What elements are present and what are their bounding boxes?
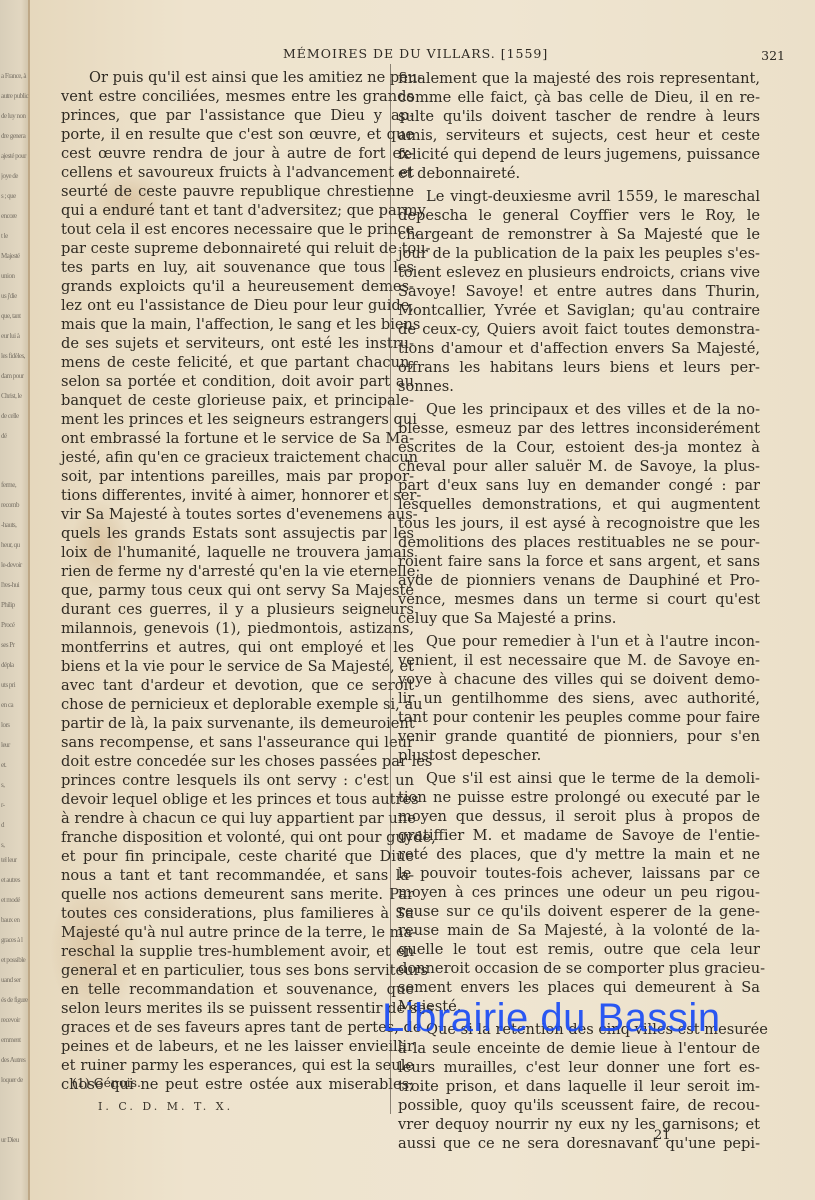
text-line: franche disposition et volonté, qui ont … bbox=[61, 828, 414, 847]
text-line: reuse sur ce qu'ils doivent esperer de l… bbox=[398, 902, 760, 921]
text-line: roient faire sans la force et sans argen… bbox=[398, 552, 760, 571]
text-line: finalement que la majesté des rois repre… bbox=[398, 69, 760, 88]
text-line: ayde de pionniers venans de Dauphiné et … bbox=[398, 571, 760, 590]
text-line: tous les jours, il est aysé à recognoist… bbox=[398, 514, 760, 533]
text-line: toutes ces considerations, plus familier… bbox=[61, 904, 414, 923]
left-text-column: Or puis qu'il est ainsi que les amitiez … bbox=[61, 68, 414, 1094]
text-line: à la seule enceinte de demie lieue à l'e… bbox=[398, 1039, 760, 1058]
text-line: et debonnaireté. bbox=[398, 164, 760, 183]
previous-page-text-fragment: a France, àautre publicde luy nondre gen… bbox=[1, 66, 29, 446]
paragraph: Que pour remedier à l'un et à l'autre in… bbox=[398, 632, 760, 765]
text-line: princes, que par l'assistance que Dieu y… bbox=[61, 106, 414, 125]
paragraph: Que les principaux et des villes et de l… bbox=[398, 400, 760, 628]
right-text-column: finalement que la majesté des rois repre… bbox=[398, 69, 760, 1153]
text-line: lez ont eu l'assistance de Dieu pour leu… bbox=[61, 296, 414, 315]
text-line: tant pour contenir les peuples comme pou… bbox=[398, 708, 760, 727]
text-line: general et en particulier, tous ses bons… bbox=[61, 961, 414, 980]
text-line: Le vingt-deuxiesme avril 1559, le maresc… bbox=[398, 187, 760, 206]
text-line: en telle recommandation et souvenance, q… bbox=[61, 980, 414, 999]
text-line: blesse, esmeuz par des lettres inconside… bbox=[398, 419, 760, 438]
footnote: (1) Génois. bbox=[72, 1075, 141, 1090]
text-line: Que les principaux et des villes et de l… bbox=[398, 400, 760, 419]
text-line: possible, quoy qu'ils sceussent faire, d… bbox=[398, 1096, 760, 1115]
text-line: quels les grands Estats sont assujectis … bbox=[61, 524, 414, 543]
text-line: porte, il en resulte que c'est son œuvre… bbox=[61, 125, 414, 144]
text-line: donneroit occasion de se comporter plus … bbox=[398, 959, 760, 978]
text-line: troite prison, et dans laquelle il leur … bbox=[398, 1077, 760, 1096]
text-line: quelle le tout est remis, outre que cela… bbox=[398, 940, 760, 959]
text-line: doit estre concedée sur les choses passé… bbox=[61, 752, 414, 771]
text-line: vrer dequoy nourrir ny eux ny les garnis… bbox=[398, 1115, 760, 1134]
text-line: leurs murailles, c'est leur donner une f… bbox=[398, 1058, 760, 1077]
text-line: banquet de ceste glorieuse paix, et prin… bbox=[61, 391, 414, 410]
text-line: jesté, afin qu'en ce gracieux traictemen… bbox=[61, 448, 414, 467]
text-line: venient, il est necessaire que M. de Sav… bbox=[398, 651, 760, 670]
text-line: felicité qui depend de leurs jugemens, p… bbox=[398, 145, 760, 164]
text-line: de ceux-cy, Quiers avoit faict toutes de… bbox=[398, 320, 760, 339]
previous-page-edge: a France, àautre publicde luy nondre gen… bbox=[0, 0, 30, 1200]
text-line: qui a enduré tant et tant d'adversitez; … bbox=[61, 201, 414, 220]
text-line: montferrins et autres, qui ont employé e… bbox=[61, 638, 414, 657]
text-line: cheval pour aller saluër M. de Savoye, l… bbox=[398, 457, 760, 476]
text-line: sulte qu'ils doivent tascher de rendre à… bbox=[398, 107, 760, 126]
text-line: moyen que dessus, il seroit plus à propo… bbox=[398, 807, 760, 826]
text-line: quelle nos actions demeurent sans merite… bbox=[61, 885, 414, 904]
paragraph: Que s'il est ainsi que le terme de la de… bbox=[398, 769, 760, 1016]
text-line: lir un gentilhomme des siens, avec autho… bbox=[398, 689, 760, 708]
sheet-signature-number: 21 bbox=[654, 1128, 671, 1143]
text-line: avec tant d'ardeur et devotion, que ce s… bbox=[61, 676, 414, 695]
text-line: biens et la vie pour le service de Sa Ma… bbox=[61, 657, 414, 676]
text-line: selon sa portée et condition, doit avoir… bbox=[61, 372, 414, 391]
text-line: que, parmy tous ceux qui ont servy Sa Ma… bbox=[61, 581, 414, 600]
text-line: voye à chacune des villes qui se doivent… bbox=[398, 670, 760, 689]
text-line: tout cela il est encores necessaire que … bbox=[61, 220, 414, 239]
text-line: demolitions des places restituables ne s… bbox=[398, 533, 760, 552]
text-line: chargeant de remonstrer à Sa Majesté que… bbox=[398, 225, 760, 244]
previous-page-text-fragment: ferme,recomb-hauts,heur, qule-devoirl're… bbox=[1, 475, 29, 855]
printer-signature-mark: I. C. D. M. T. X. bbox=[98, 1100, 233, 1113]
text-line: graces et de ses faveurs apres tant de p… bbox=[61, 1018, 414, 1037]
text-line: durant ces guerres, il y a plusieurs sei… bbox=[61, 600, 414, 619]
text-line: partir de là, la paix survenante, ils de… bbox=[61, 714, 414, 733]
text-line: le pouvoir toutes-fois achever, laissans… bbox=[398, 864, 760, 883]
text-line: tions differentes, invité à aimer, honno… bbox=[61, 486, 414, 505]
text-line: sans recompense, et sans l'asseurance qu… bbox=[61, 733, 414, 752]
text-line: toient eslevez en plusieurs endroicts, c… bbox=[398, 263, 760, 282]
text-line: tions d'amour et d'affection envers Sa M… bbox=[398, 339, 760, 358]
text-line: plustost depescher. bbox=[398, 746, 760, 765]
text-line: tion ne puisse estre prolongé ou executé… bbox=[398, 788, 760, 807]
text-line: mais que la main, l'affection, le sang e… bbox=[61, 315, 414, 334]
text-line: loix de l'humanité, laquelle ne trouvera… bbox=[61, 543, 414, 562]
text-line: à rendre à chacun ce qui luy appartient … bbox=[61, 809, 414, 828]
text-line: celuy que Sa Majesté a prins. bbox=[398, 609, 760, 628]
previous-page-text-fragment: tel leuret autreset modébaux engraces à … bbox=[1, 850, 29, 1150]
text-line: offrans les habitans leurs biens et leur… bbox=[398, 358, 760, 377]
text-line: Or puis qu'il est ainsi que les amitiez … bbox=[61, 68, 414, 87]
column-divider bbox=[390, 64, 391, 1114]
text-line: nous a tant et tant recommandée, et sans… bbox=[61, 866, 414, 885]
bookseller-watermark: Librairie du Bassin bbox=[382, 996, 721, 1041]
text-line: selon leurs merites ils se puissent ress… bbox=[61, 999, 414, 1018]
page-number: 321 bbox=[761, 48, 785, 63]
text-line: jour de la publication de la paix les pe… bbox=[398, 244, 760, 263]
text-line: amis, serviteurs et sujects, cest heur e… bbox=[398, 126, 760, 145]
text-line: escrites de la Cour, estoient des-ja mon… bbox=[398, 438, 760, 457]
text-line: et ruiner parmy les esperances, qui est … bbox=[61, 1056, 414, 1075]
text-line: soit, par intentions pareilles, mais par… bbox=[61, 467, 414, 486]
paragraph: Or puis qu'il est ainsi que les amitiez … bbox=[61, 68, 414, 1094]
text-line: cellens et savoureux fruicts à l'advance… bbox=[61, 163, 414, 182]
text-line: depescha le general Coyffier vers le Roy… bbox=[398, 206, 760, 225]
text-line: devoir lequel oblige et les princes et t… bbox=[61, 790, 414, 809]
text-line: reuse main de Sa Majesté, à la volonté d… bbox=[398, 921, 760, 940]
text-line: venir grande quantité de pionniers, pour… bbox=[398, 727, 760, 746]
text-line: ment les princes et les seigneurs estran… bbox=[61, 410, 414, 429]
text-line: et pour fin principale, ceste charité qu… bbox=[61, 847, 414, 866]
text-line: princes contre lesquels ils ont servy : … bbox=[61, 771, 414, 790]
text-line: aussi que ce ne sera doresnavant qu'une … bbox=[398, 1134, 760, 1153]
text-line: par ceste supreme debonnaireté qui relui… bbox=[61, 239, 414, 258]
text-line: tes parts en luy, ait souvenance que tou… bbox=[61, 258, 414, 277]
text-line: cest œuvre rendra de jour à autre de for… bbox=[61, 144, 414, 163]
text-line: sonnes. bbox=[398, 377, 760, 396]
text-line: mens de ceste felicité, et que partant c… bbox=[61, 353, 414, 372]
text-line: vent estre conciliées, mesmes entre les … bbox=[61, 87, 414, 106]
text-line: part d'eux sans luy en demander congé : … bbox=[398, 476, 760, 495]
text-line: moyen à ces princes une odeur un peu rig… bbox=[398, 883, 760, 902]
text-line: Majesté qu'à nul autre prince de la terr… bbox=[61, 923, 414, 942]
text-line: de ses sujets et serviteurs, ont esté le… bbox=[61, 334, 414, 353]
text-line: Savoye! Savoye! et entre autres dans Thu… bbox=[398, 282, 760, 301]
text-line: peines et de labeurs, et ne les laisser … bbox=[61, 1037, 414, 1056]
text-line: Montcallier, Yvrée et Saviglan; qu'au co… bbox=[398, 301, 760, 320]
paragraph: finalement que la majesté des rois repre… bbox=[398, 69, 760, 183]
text-line: ont embrassé la fortune et le service de… bbox=[61, 429, 414, 448]
text-line: chose de pernicieux et deplorable exempl… bbox=[61, 695, 414, 714]
text-line: vir Sa Majesté à toutes sortes d'eveneme… bbox=[61, 505, 414, 524]
text-line: grands exploicts qu'il a heureusement de… bbox=[61, 277, 414, 296]
text-line: comme elle faict, çà bas celle de Dieu, … bbox=[398, 88, 760, 107]
text-line: Que pour remedier à l'un et à l'autre in… bbox=[398, 632, 760, 651]
text-line: rien de ferme ny d'arresté qu'en la vie … bbox=[61, 562, 414, 581]
running-head-title: MÉMOIRES DE DU VILLARS. [1559] bbox=[283, 46, 548, 61]
text-line: reté des places, que d'y mettre la main … bbox=[398, 845, 760, 864]
text-line: lesquelles demonstrations, et qui augmen… bbox=[398, 495, 760, 514]
text-line: reschal la supplie tres-humblement avoir… bbox=[61, 942, 414, 961]
text-line: Que s'il est ainsi que le terme de la de… bbox=[398, 769, 760, 788]
text-line: vence, mesmes dans un terme si court qu'… bbox=[398, 590, 760, 609]
text-line: sement envers les places qui demeurent à… bbox=[398, 978, 760, 997]
paragraph: Le vingt-deuxiesme avril 1559, le maresc… bbox=[398, 187, 760, 396]
text-line: milannois, genevois (1), piedmontois, as… bbox=[61, 619, 414, 638]
text-line: gratiffier M. et madame de Savoye de l'e… bbox=[398, 826, 760, 845]
text-line: seurté de ceste pauvre republique chrest… bbox=[61, 182, 414, 201]
